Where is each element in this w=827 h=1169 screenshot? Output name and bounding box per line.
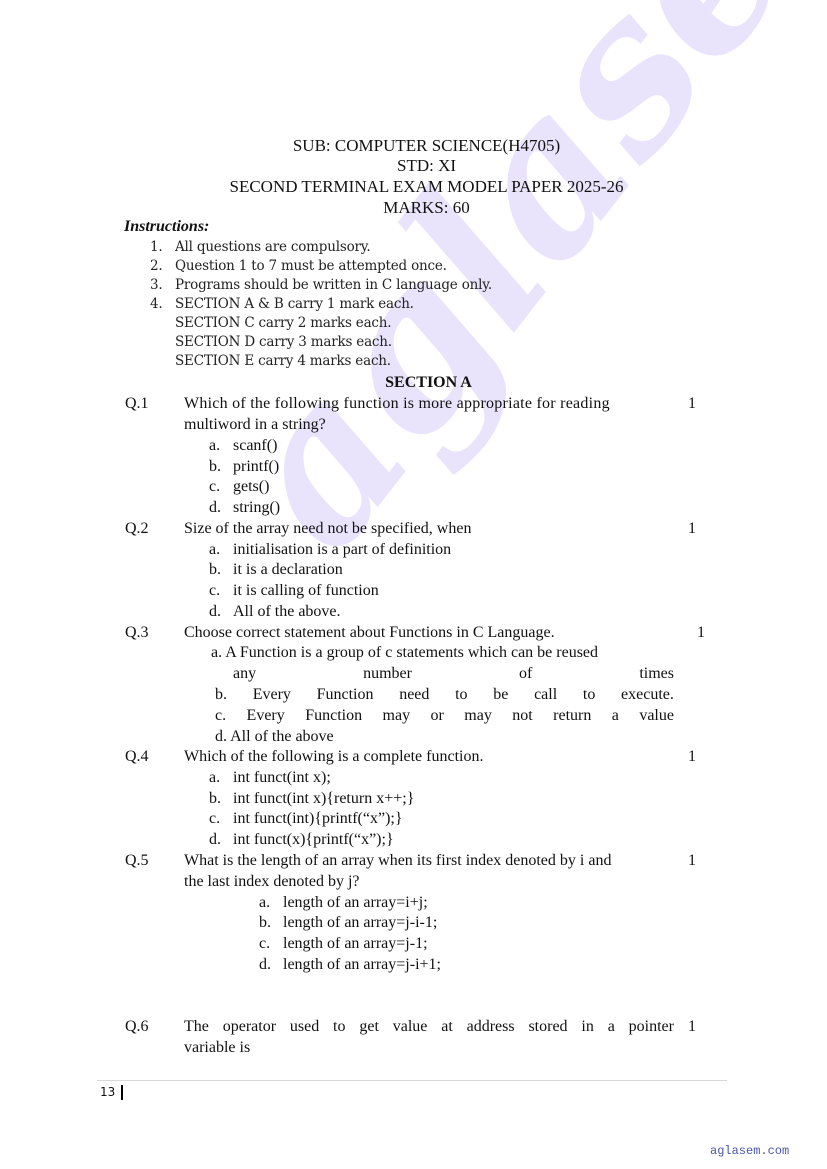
- option-text: length of an array=j-1;: [283, 935, 428, 952]
- question-number: Q.3: [125, 624, 149, 642]
- question-text: multiword in a string?: [184, 416, 326, 434]
- option: a. A Function is a group of c statements…: [211, 644, 598, 662]
- question-marks: 1: [688, 395, 696, 413]
- option: d.length of an array=j-i+1;: [259, 956, 441, 974]
- option: d.int funct(x){printf(“x”);}: [209, 831, 394, 849]
- instruction-number: 1.: [150, 239, 162, 255]
- option: b.int funct(int x){return x++;}: [209, 790, 414, 808]
- option-text: gets(): [233, 478, 269, 495]
- option-text: it is a declaration: [233, 561, 343, 578]
- option-text: it is calling of function: [233, 582, 379, 599]
- option-label: d.: [209, 499, 233, 517]
- question-text: What is the length of an array when its …: [184, 852, 611, 870]
- option-text: string(): [233, 499, 280, 516]
- question-marks: 1: [688, 520, 696, 538]
- option-label: a.: [209, 437, 233, 455]
- instruction-number: 2.: [150, 258, 162, 274]
- question-text: Choose correct statement about Functions…: [184, 624, 555, 642]
- option-text: All of the above.: [233, 603, 341, 620]
- option: d. All of the above: [215, 728, 334, 746]
- option-text: A Function is a group of c statements wh…: [225, 644, 598, 661]
- option: c.gets(): [209, 478, 269, 496]
- option-label: c.: [209, 810, 233, 828]
- question-text: Size of the array need not be specified,…: [184, 520, 471, 538]
- standard-heading: STD: XI: [0, 156, 827, 176]
- option-label: a.: [209, 541, 233, 559]
- option-label: d.: [259, 956, 283, 974]
- option-label: d.: [215, 728, 227, 745]
- page-number: 13: [100, 1085, 115, 1099]
- question-text: the last index denoted by j?: [184, 873, 360, 891]
- question-text: Which of the following is a complete fun…: [184, 748, 483, 766]
- option-label: b.: [209, 458, 233, 476]
- instruction-text: Question 1 to 7 must be attempted once.: [175, 258, 447, 274]
- option-label: c.: [209, 478, 233, 496]
- option-label: b.: [209, 561, 233, 579]
- option-text: int funct(int){printf(“x”);}: [233, 810, 403, 827]
- question-marks: 1: [688, 852, 696, 870]
- question-number: Q.2: [125, 520, 149, 538]
- instruction-text: SECTION E carry 4 marks each.: [175, 353, 391, 369]
- option-text: scanf(): [233, 437, 277, 454]
- instruction-number: 3.: [150, 277, 162, 293]
- option: c.int funct(int){printf(“x”);}: [209, 810, 403, 828]
- option: c.EveryFunctionmayormaynotreturnavalue: [215, 707, 674, 725]
- option-continuation: anynumberoftimes: [233, 665, 674, 683]
- footer-divider: [97, 1080, 727, 1081]
- instructions-title: Instructions:: [124, 218, 209, 236]
- instruction-text: SECTION C carry 2 marks each.: [175, 315, 391, 331]
- option: a.length of an array=i+j;: [259, 894, 428, 912]
- option-label: a.: [259, 894, 283, 912]
- option: d.string(): [209, 499, 280, 517]
- option: a.scanf(): [209, 437, 277, 455]
- option-text: int funct(int x){return x++;}: [233, 790, 414, 807]
- option: a.int funct(int x);: [209, 769, 331, 787]
- option-text: printf(): [233, 458, 279, 475]
- option: b.printf(): [209, 458, 279, 476]
- instruction-text: SECTION A & B carry 1 mark each.: [175, 296, 414, 312]
- option: b.length of an array=j-i-1;: [259, 914, 437, 932]
- subject-heading: SUB: COMPUTER SCIENCE(H4705): [0, 136, 827, 156]
- instruction-text: SECTION D carry 3 marks each.: [175, 334, 392, 350]
- option-text: All of the above: [230, 728, 334, 745]
- instruction-number: 4.: [150, 296, 162, 312]
- option-text: int funct(x){printf(“x”);}: [233, 831, 394, 848]
- option-label: a.: [209, 769, 233, 787]
- question-number: Q.1: [125, 395, 149, 413]
- option: a.initialisation is a part of definition: [209, 541, 451, 559]
- question-marks: 1: [697, 624, 705, 642]
- option-text: length of an array=j-i+1;: [283, 956, 441, 973]
- page-number-bar: [121, 1085, 123, 1100]
- option-label: b.: [209, 790, 233, 808]
- option-text: initialisation is a part of definition: [233, 541, 451, 558]
- option-label: c.: [209, 582, 233, 600]
- question-marks: 1: [688, 748, 696, 766]
- option-text: length of an array=i+j;: [283, 894, 428, 911]
- question-marks: 1: [688, 1018, 696, 1036]
- marks-heading: MARKS: 60: [0, 198, 827, 218]
- option: c.length of an array=j-1;: [259, 935, 428, 953]
- option: d.All of the above.: [209, 603, 341, 621]
- option-label: b.: [259, 914, 283, 932]
- question-text: Which of the following function is more …: [184, 395, 610, 413]
- option: c.it is calling of function: [209, 582, 379, 600]
- option-text: int funct(int x);: [233, 769, 331, 786]
- option-label: c.: [259, 935, 283, 953]
- question-number: Q.4: [125, 748, 149, 766]
- section-a-title: SECTION A: [0, 374, 827, 392]
- question-number: Q.6: [125, 1018, 149, 1036]
- question-number: Q.5: [125, 852, 149, 870]
- option: b.it is a declaration: [209, 561, 343, 579]
- site-link[interactable]: aglasem.com: [710, 1144, 789, 1158]
- instruction-text: Programs should be written in C language…: [175, 277, 492, 293]
- option-label: d.: [209, 603, 233, 621]
- exam-heading: SECOND TERMINAL EXAM MODEL PAPER 2025-26: [0, 177, 827, 197]
- option-text: length of an array=j-i-1;: [283, 914, 437, 931]
- question-text: Theoperatorusedtogetvalueataddressstored…: [184, 1018, 674, 1036]
- option-label: d.: [209, 831, 233, 849]
- instruction-text: All questions are compulsory.: [175, 239, 370, 255]
- question-text: variable is: [184, 1039, 250, 1057]
- option: b.EveryFunctionneedtobecalltoexecute.: [215, 686, 674, 704]
- option-label: a.: [211, 644, 222, 661]
